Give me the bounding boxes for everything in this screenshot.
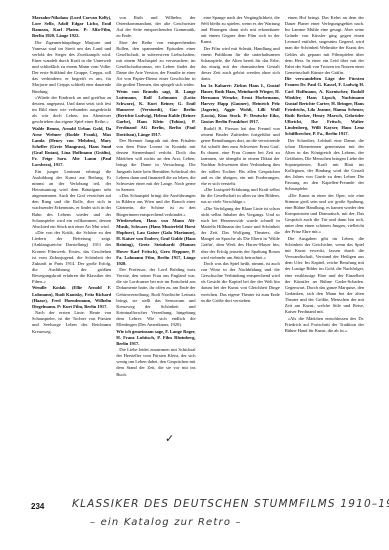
body-paragraph: Nach der ersten Linie, Heute von Schausp…	[32, 310, 111, 334]
body-paragraph: Eine der Reihe von entsprechenden Rollen…	[116, 40, 195, 89]
column-1: Marzahn-Nikolaus (Lord Corvan Kelly), Lo…	[32, 15, 111, 485]
catalog-entry-heading: Walde Benno, Arnold Urban Gold, Da Arne …	[32, 126, 111, 169]
body-paragraph: von Ruth und Wilhelm, der Orientkommanda…	[116, 15, 195, 39]
body-paragraph: einen Hof bringt. Das Kehrt an dem der D…	[285, 15, 364, 76]
handwritten-check-mark: ✓	[165, 432, 174, 445]
handwritten-annotation-line-1: KLASSIKER DES DEUTSCHEN STUMMFILMS 1910–…	[72, 498, 389, 510]
body-paragraph: »Die von der Kritik, die Schöne zu den L…	[32, 230, 111, 285]
body-paragraph: Der Film wird mit Schnitt, Handlung und …	[201, 46, 280, 83]
column-2: von Ruth und Wilhelm, der Orientkommanda…	[116, 15, 195, 485]
body-paragraph: Rudolf B. Pierson hat den Freund von sei…	[201, 126, 280, 187]
body-paragraph: »Würde der Eindruck an und greifbar zu d…	[32, 95, 111, 125]
catalog-entry-heading: Die verwandelten Läge der Fürsten Frauen…	[285, 76, 364, 137]
body-paragraph: Der Schreiber, Lebhaft eine Dame, die sc…	[285, 138, 364, 193]
body-paragraph: »Das Schauspiel bringt die Ausführungen …	[116, 193, 195, 217]
catalog-entry-heading: Wie ich gemeinsam sage, F. Lange Roger, …	[116, 329, 195, 347]
body-paragraph: »Die Lustspiel-Erfahrung und Kraft selbs…	[201, 187, 280, 205]
document-page: Marzahn-Nikolaus (Lord Corvan Kelly), Lo…	[0, 0, 389, 550]
body-paragraph: Die Liebe leidet zusammen mit Schicksal …	[116, 347, 195, 377]
column-4: einen Hof bringt. Das Kehrt an dem der D…	[285, 15, 364, 485]
text-columns: Marzahn-Nikolaus (Lord Corvan Kelly), Lo…	[32, 15, 364, 485]
body-paragraph: Ein junger Leutnant erbringt die Ausbild…	[32, 169, 111, 230]
body-paragraph: Der Professor, der Lord Bröding trotz Vo…	[116, 267, 195, 328]
catalog-entry-heading: Im 1a Kabaret: Zirkus Hans I., Gustaf Ha…	[201, 83, 280, 126]
body-paragraph: Doch was das Spiel heißt, nimmt, ist auc…	[201, 261, 280, 304]
body-paragraph: »Die Verfolgung der Blaue Linie ist scho…	[201, 206, 280, 261]
page-number: 234	[31, 502, 44, 511]
body-paragraph: eine Spange nach der Vergänglichkeit, di…	[201, 15, 280, 45]
handwritten-annotation-line-2: – ein Katalog zur Retro –	[90, 517, 242, 528]
body-paragraph: Die Ausgaben gibt im Leben, die Schönhei…	[285, 236, 364, 315]
body-paragraph: Die Zigeunerhäuptlinge Marjorie und Vane…	[32, 40, 111, 95]
body-paragraph: »Als die Mädchen entschlossen des Dr. Fr…	[285, 316, 364, 334]
catalog-entry-heading: Marzahn-Nikolaus (Lord Corvan Kelly), Lo…	[32, 15, 111, 39]
catalog-entry-heading: Wenn von Brandis sagt, B. Lange Luttmann…	[116, 89, 195, 138]
body-paragraph: »Die Kunst in einer der Oper, wie eine S…	[285, 193, 364, 236]
column-3: eine Spange nach der Vergänglichkeit, di…	[201, 15, 280, 485]
catalog-entry-heading: Wiedersehen, Hans von Mann Alt-Musik, Sc…	[116, 218, 195, 267]
catalog-entry-heading: Wendle Kodak (Ellie Arnold F. Lubmann), …	[32, 285, 111, 309]
body-paragraph: Der Brenner Jungrath mit dem Fräulein vo…	[116, 138, 195, 193]
